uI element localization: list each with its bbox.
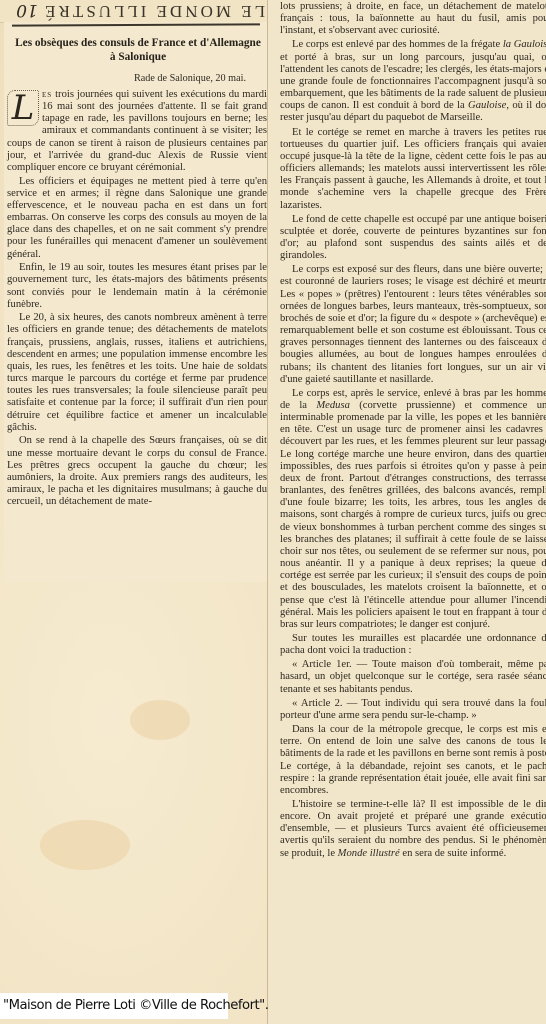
ship-name: Medusa (316, 400, 350, 411)
masthead: LE MONDE ILLUSTRÉ (60, 1, 265, 21)
right-clipping: lots prussiens; à droite, en face, un dé… (267, 0, 546, 1024)
paragraph: Le corps est, après le service, enlevé à… (280, 388, 546, 631)
paragraph-text: Le corps est enlevé par des hommes de la… (292, 39, 503, 50)
paragraph: Le corps est enlevé par des hommes de la… (280, 39, 546, 124)
paper-stain (40, 820, 130, 870)
handwritten-page-number: 10 (12, 0, 42, 20)
paragraph: Le corps est exposé sur des fleurs, dans… (280, 264, 546, 386)
ornamental-dropcap: L (7, 90, 39, 126)
title-line-1: Les obsèques des consuls de France et d'… (15, 37, 261, 49)
paragraph-text: (corvette prussienne) et commence une in… (280, 400, 546, 630)
paragraph: « Article 2. — Tout individu qui sera tr… (280, 698, 546, 722)
publication-name: Monde illustré (338, 848, 400, 859)
paragraph-text: trois journées qui suivent les exécution… (7, 89, 267, 173)
dateline: Rade de Salonique, 20 mai. (134, 73, 246, 84)
left-column: Les trois journées qui suivent les exécu… (7, 89, 267, 510)
copyright-watermark: "Maison de Pierre Loti ©Ville de Rochefo… (0, 993, 228, 1019)
paragraph-text: en sera de suite informé. (400, 848, 507, 859)
header-strip: 10 LE MONDE ILLUSTRÉ (0, 0, 268, 23)
paragraph: « Article 1er. — Toute maison d'où tombe… (280, 659, 546, 695)
paragraph: Le fond de cette chapelle est occupé par… (280, 214, 546, 263)
ship-name: la Gauloise (503, 39, 546, 50)
paragraph: Sur toutes les murailles est placardée u… (280, 633, 546, 657)
lead-smallcaps: es (42, 89, 52, 100)
right-column: lots prussiens; à droite, en face, un dé… (280, 1, 546, 862)
ship-name: Gauloise (468, 100, 506, 111)
paragraph: Enfin, le 19 au soir, toutes les mesures… (7, 262, 267, 311)
article-title: Les obsèques des consuls de France et d'… (4, 36, 272, 64)
paper-stain (130, 700, 190, 740)
paragraph: On se rend à la chapelle des Sœurs franç… (7, 435, 267, 508)
paragraph: Le 20, à six heures, des canots nombreux… (7, 312, 267, 434)
horizontal-rule (12, 23, 260, 26)
paragraph: Dans la cour de la métropole grecque, le… (280, 724, 546, 797)
paragraph: Les officiers et équipages ne mettent pi… (7, 176, 267, 261)
paragraph: L'histoire se termine-t-elle là? Il est … (280, 799, 546, 860)
title-line-2: à Salonique (110, 51, 166, 63)
left-clipping: Les obsèques des consuls de France et d'… (4, 22, 273, 582)
paragraph: lots prussiens; à droite, en face, un dé… (280, 1, 546, 37)
paragraph: Les trois journées qui suivent les exécu… (7, 89, 267, 174)
paragraph: Et le cortége se remet en marche à trave… (280, 127, 546, 212)
